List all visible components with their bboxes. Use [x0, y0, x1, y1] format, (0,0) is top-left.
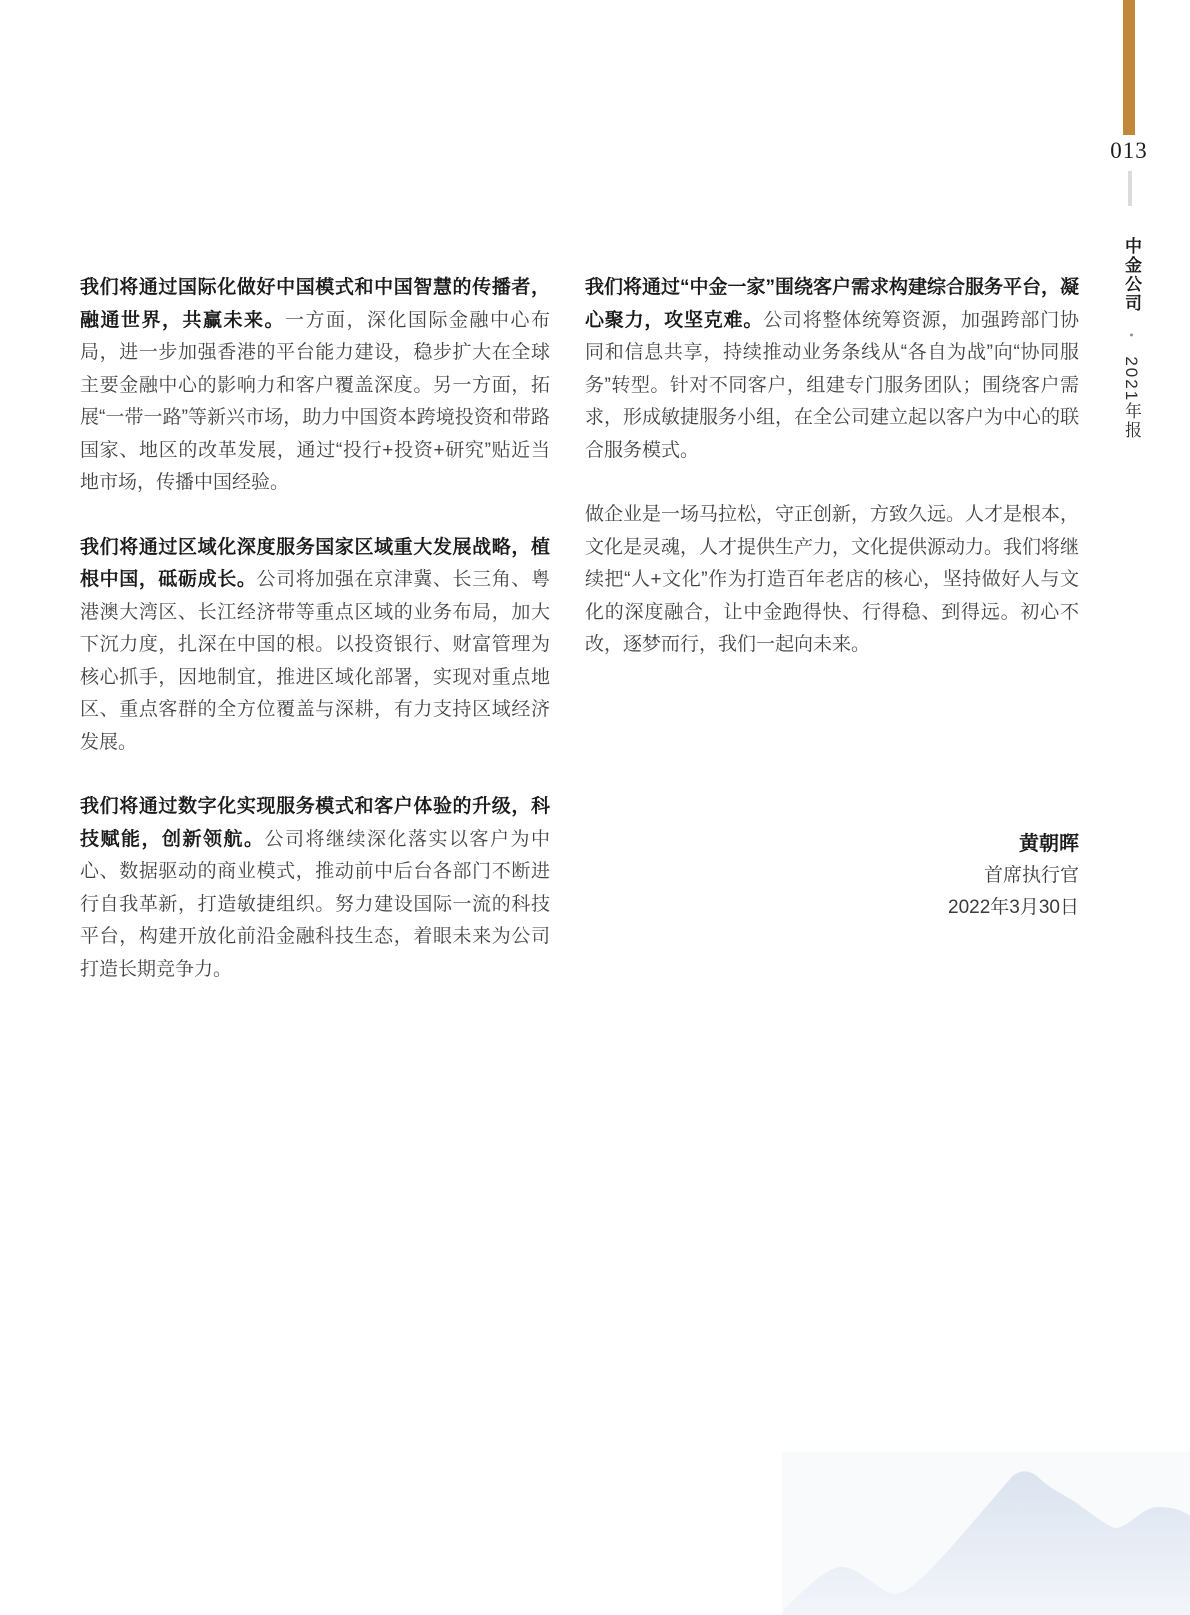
mountain-graphic	[782, 1452, 1190, 1615]
paragraph-body: 公司将整体统筹资源，加强跨部门协同和信息共享，持续推动业务条线从“各自为战”向“…	[585, 310, 1079, 461]
left-column: 我们将通过国际化做好中国模式和中国智慧的传播者，融通世界，共赢未来。一方面，深化…	[80, 272, 550, 1018]
paragraph-body: 公司将加强在京津冀、长三角、粤港澳大湾区、长江经济带等重点区域的业务布局，加大下…	[80, 569, 550, 753]
company-name-vertical: 中金公司	[1122, 237, 1141, 313]
marker-bullet: •	[1125, 333, 1137, 337]
gold-accent-bar	[1123, 0, 1135, 135]
paragraph-body: 做企业是一场马拉松，守正创新，方致久远。人才是根本，文化是灵魂，人才提供生产力，…	[585, 504, 1079, 655]
signature-title: 首席执行官	[585, 860, 1079, 892]
signature-name: 黄朝晖	[585, 828, 1079, 860]
paragraph-body: 一方面，深化国际金融中心布局，进一步加强香港的平台能力建设，稳步扩大在全球主要金…	[80, 310, 550, 494]
paragraph: 我们将通过区域化深度服务国家区域重大发展战略，植根中国，砥砺成长。公司将加强在京…	[80, 532, 550, 760]
page-number: 013	[1094, 138, 1164, 164]
right-column: 我们将通过“中金一家”围绕客户需求构建综合服务平台，凝心聚力，攻坚克难。公司将整…	[585, 272, 1079, 924]
paragraph: 做企业是一场马拉松，守正创新，方致久远。人才是根本，文化是灵魂，人才提供生产力，…	[585, 499, 1079, 662]
paragraph: 我们将通过数字化实现服务模式和客户体验的升级，科技赋能，创新领航。公司将继续深化…	[80, 791, 550, 986]
paragraph-body: 公司将继续深化落实以客户为中心、数据驱动的商业模式，推动前中后台各部门不断进行自…	[80, 829, 550, 980]
signature-date: 2022年3月30日	[585, 892, 1079, 924]
paragraph: 我们将通过“中金一家”围绕客户需求构建综合服务平台，凝心聚力，攻坚克难。公司将整…	[585, 272, 1079, 467]
paragraph: 我们将通过国际化做好中国模式和中国智慧的传播者，融通世界，共赢未来。一方面，深化…	[80, 272, 550, 500]
report-page: 013 中金公司 • 2021年报 我们将通过国际化做好中国模式和中国智慧的传播…	[0, 0, 1190, 1615]
vertical-page-marker: 中金公司 • 2021年报	[1119, 237, 1144, 637]
page-number-tick	[1128, 171, 1132, 206]
signature-block: 黄朝晖 首席执行官 2022年3月30日	[585, 828, 1079, 924]
edition-vertical: 2021年报	[1122, 356, 1141, 440]
